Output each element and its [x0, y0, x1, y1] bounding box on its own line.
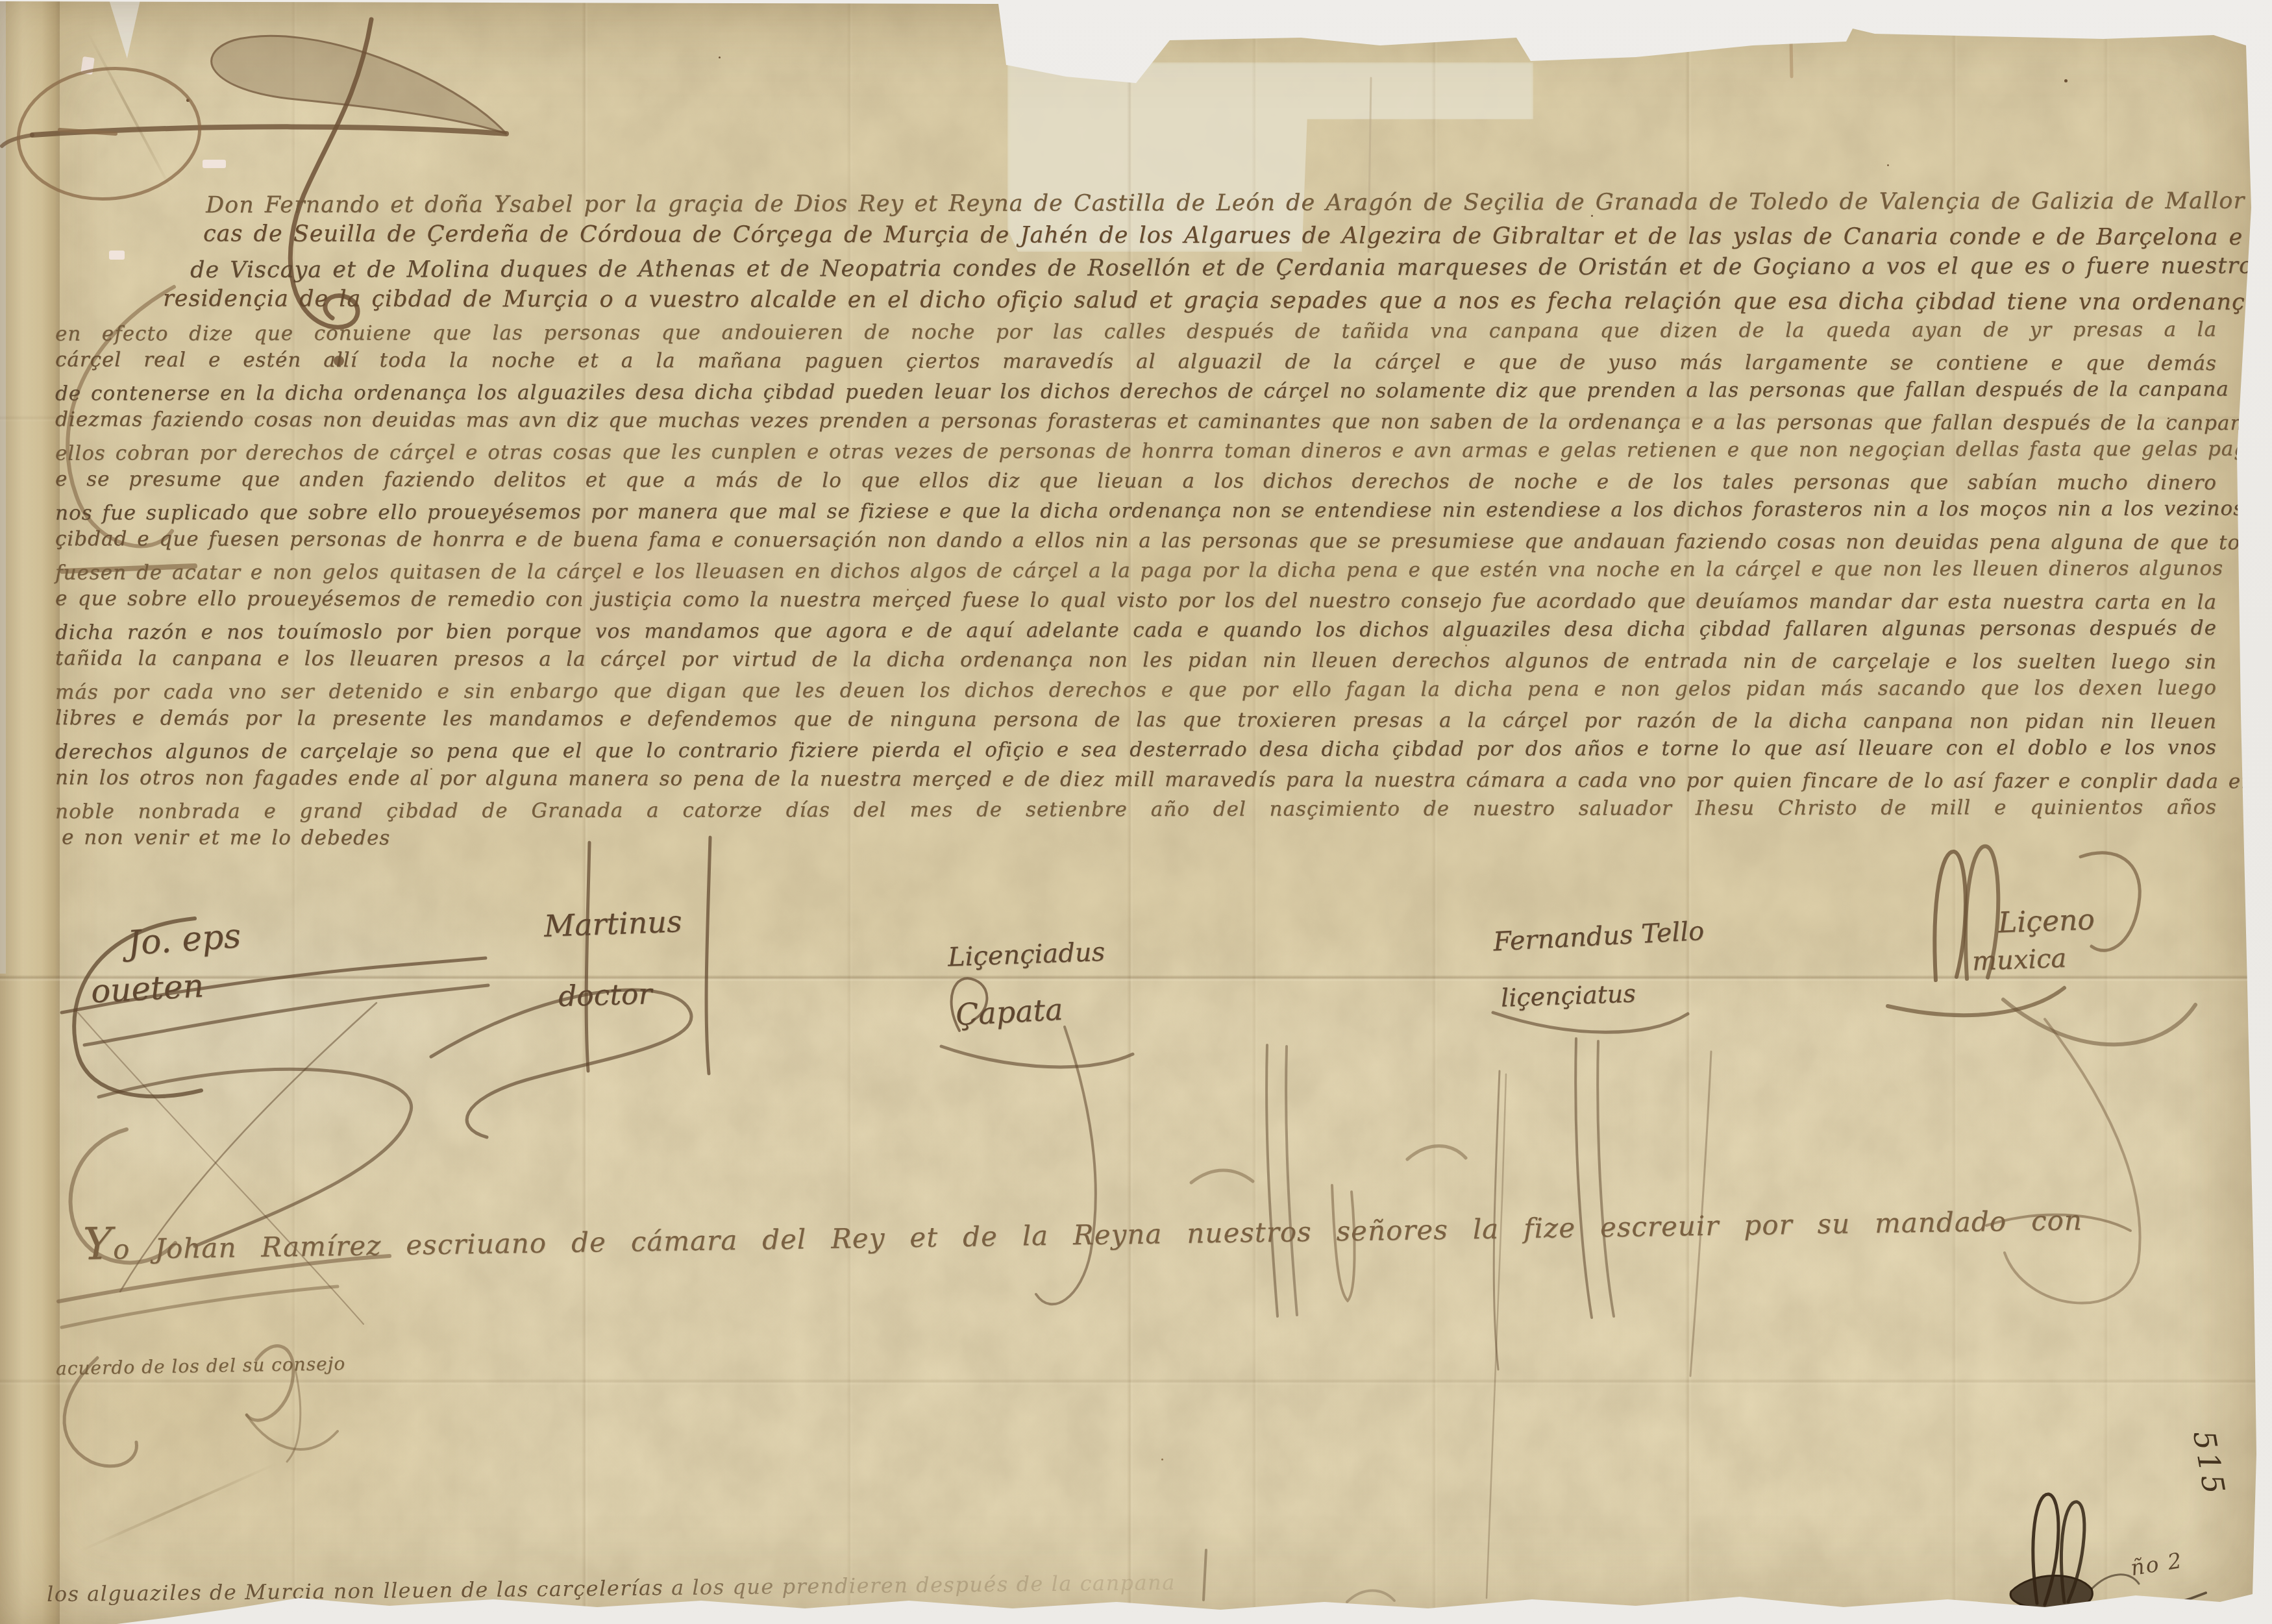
signature-name: oueten	[90, 966, 205, 1010]
bottom-faint-strokes	[1204, 1550, 1394, 1602]
manuscript-line: libres e demás por la presente les manda…	[55, 703, 2217, 737]
signature-name: Çapata	[955, 992, 1064, 1033]
manuscript-line: çibdad e que fuesen personas de honrra e…	[55, 524, 2217, 558]
signature-name: Liçeno	[1997, 903, 2095, 939]
manuscript-line: de Viscaya et de Molina duques de Athena…	[190, 250, 2217, 287]
manuscript-line: e se presume que anden faziendo delitos …	[55, 464, 2217, 498]
manuscript-line: de contenerse en la dicha ordenança los …	[55, 375, 2217, 409]
signature-name: liçençiatus	[1500, 979, 1636, 1012]
manuscript-line: residençia de la çibdad de Murçia o a vu…	[163, 282, 2217, 319]
signature-name: Martinus	[543, 904, 682, 943]
manuscript-scan: Don Fernando et doña Ysabel por la graçi…	[0, 0, 2272, 1624]
manuscript-line: cárçel real e estén allí toda la noche e…	[55, 345, 2217, 378]
manuscript-line: en efecto dize que conuiene que las pers…	[55, 315, 2217, 349]
manuscript-line: nos fue suplicado que sobre ello proueyé…	[55, 494, 2217, 528]
signature-name: doctor	[558, 978, 652, 1013]
signature-name: Liçençiadus	[947, 937, 1105, 972]
signature-name: Jo. eps	[126, 917, 242, 963]
manuscript-line: diezmas faziendo cosas non deuidas mas a…	[55, 404, 2217, 438]
manuscript-line: cas de Seuilla de Çerdeña de Córdoua de …	[203, 217, 2217, 253]
manuscript-line: ellos cobran por derechos de cárçel e ot…	[55, 434, 2217, 469]
signature-flourish-fernando-tello	[1487, 1013, 1711, 1598]
manuscript-line: e que sobre ello proueyésemos de remedio…	[55, 584, 2217, 617]
manuscript-line: dicha razón e nos touímoslo por bien por…	[55, 613, 2217, 648]
manuscript-line: derechos algunos de carçelaje so pena qu…	[55, 733, 2217, 767]
manuscript-line: tañida la canpana e los lleuaren presos …	[55, 643, 2217, 677]
manuscript-line: e non venir et me lo debedes	[62, 822, 2217, 856]
manuscript-line: más por cada vno ser detenido e sin enba…	[55, 673, 2217, 707]
main-text-block: Don Fernando et doña Ysabel por la graçi…	[55, 187, 2217, 854]
signature-name: muxica	[1971, 943, 2067, 976]
manuscript-line: nin los otros non fagades ende al por al…	[55, 763, 2217, 796]
manuscript-line: Don Fernando et doña Ysabel por la graçi…	[206, 185, 2217, 221]
parchment-sheet: Don Fernando et doña Ysabel por la graçi…	[0, 0, 2272, 1624]
manuscript-line: noble nonbrada e grand çibdad de Granada…	[55, 793, 2217, 827]
manuscript-line: fuesen de acatar e non gelos quitasen de…	[55, 554, 2217, 588]
